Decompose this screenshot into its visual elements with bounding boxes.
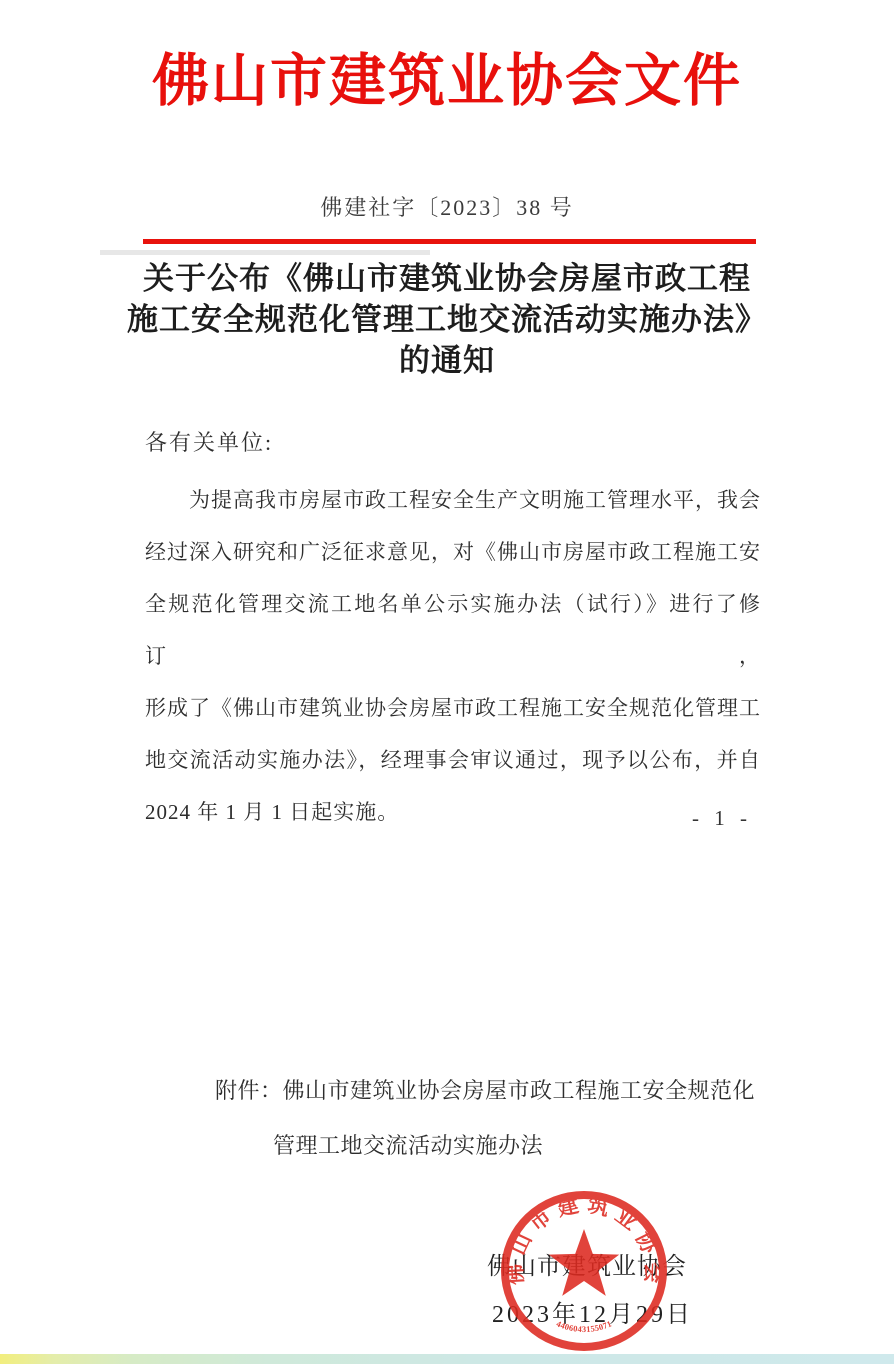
body-line: 全规范化管理交流工地名单公示实施办法（试行）》进行了修订， xyxy=(145,578,761,682)
notice-title-line: 关于公布《佛山市建筑业协会房屋市政工程 xyxy=(0,258,894,299)
seal-serial-number: 4406043155071 xyxy=(555,1318,613,1334)
notice-title-line: 施工安全规范化管理工地交流活动实施办法》 xyxy=(0,299,894,340)
official-document-page: 佛山市建筑业协会文件 佛建社字〔2023〕38 号 关于公布《佛山市建筑业协会房… xyxy=(0,0,894,1364)
official-seal: 佛山市建筑业协会 4406043155071 xyxy=(498,1186,670,1358)
body-line: 经过深入研究和广泛征求意见，对《佛山市房屋市政工程施工安 xyxy=(145,526,761,578)
body-paragraph: 为提高我市房屋市政工程安全生产文明施工管理水平，我会 经过深入研究和广泛征求意见… xyxy=(145,474,761,838)
body-line: 为提高我市房屋市政工程安全生产文明施工管理水平，我会 xyxy=(145,474,761,526)
body-line: 地交流活动实施办法》，经理事会审议通过，现予以公布，并自 xyxy=(145,734,761,786)
seal-star-icon xyxy=(549,1229,619,1296)
page-number: - 1 - xyxy=(672,806,772,831)
body-line: 2024 年 1 月 1 日起实施。 xyxy=(145,786,761,838)
organization-title: 佛山市建筑业协会文件 xyxy=(0,48,894,116)
body-line: 形成了《佛山市建筑业协会房屋市政工程施工安全规范化管理工 xyxy=(145,682,761,734)
salutation: 各有关单位: xyxy=(145,426,273,457)
notice-title: 关于公布《佛山市建筑业协会房屋市政工程 施工安全规范化管理工地交流活动实施办法》… xyxy=(0,258,894,381)
scan-artifact-streak xyxy=(100,250,430,255)
footer-scan-strip xyxy=(0,1354,894,1364)
red-divider-line xyxy=(143,239,756,244)
document-number: 佛建社字〔2023〕38 号 xyxy=(0,191,894,222)
attachment-reference-line-2: 管理工地交流活动实施办法 xyxy=(273,1129,543,1160)
notice-title-line: 的通知 xyxy=(0,340,894,381)
svg-text:4406043155071: 4406043155071 xyxy=(555,1318,613,1334)
attachment-reference-line-1: 附件：佛山市建筑业协会房屋市政工程施工安全规范化 xyxy=(215,1074,755,1105)
